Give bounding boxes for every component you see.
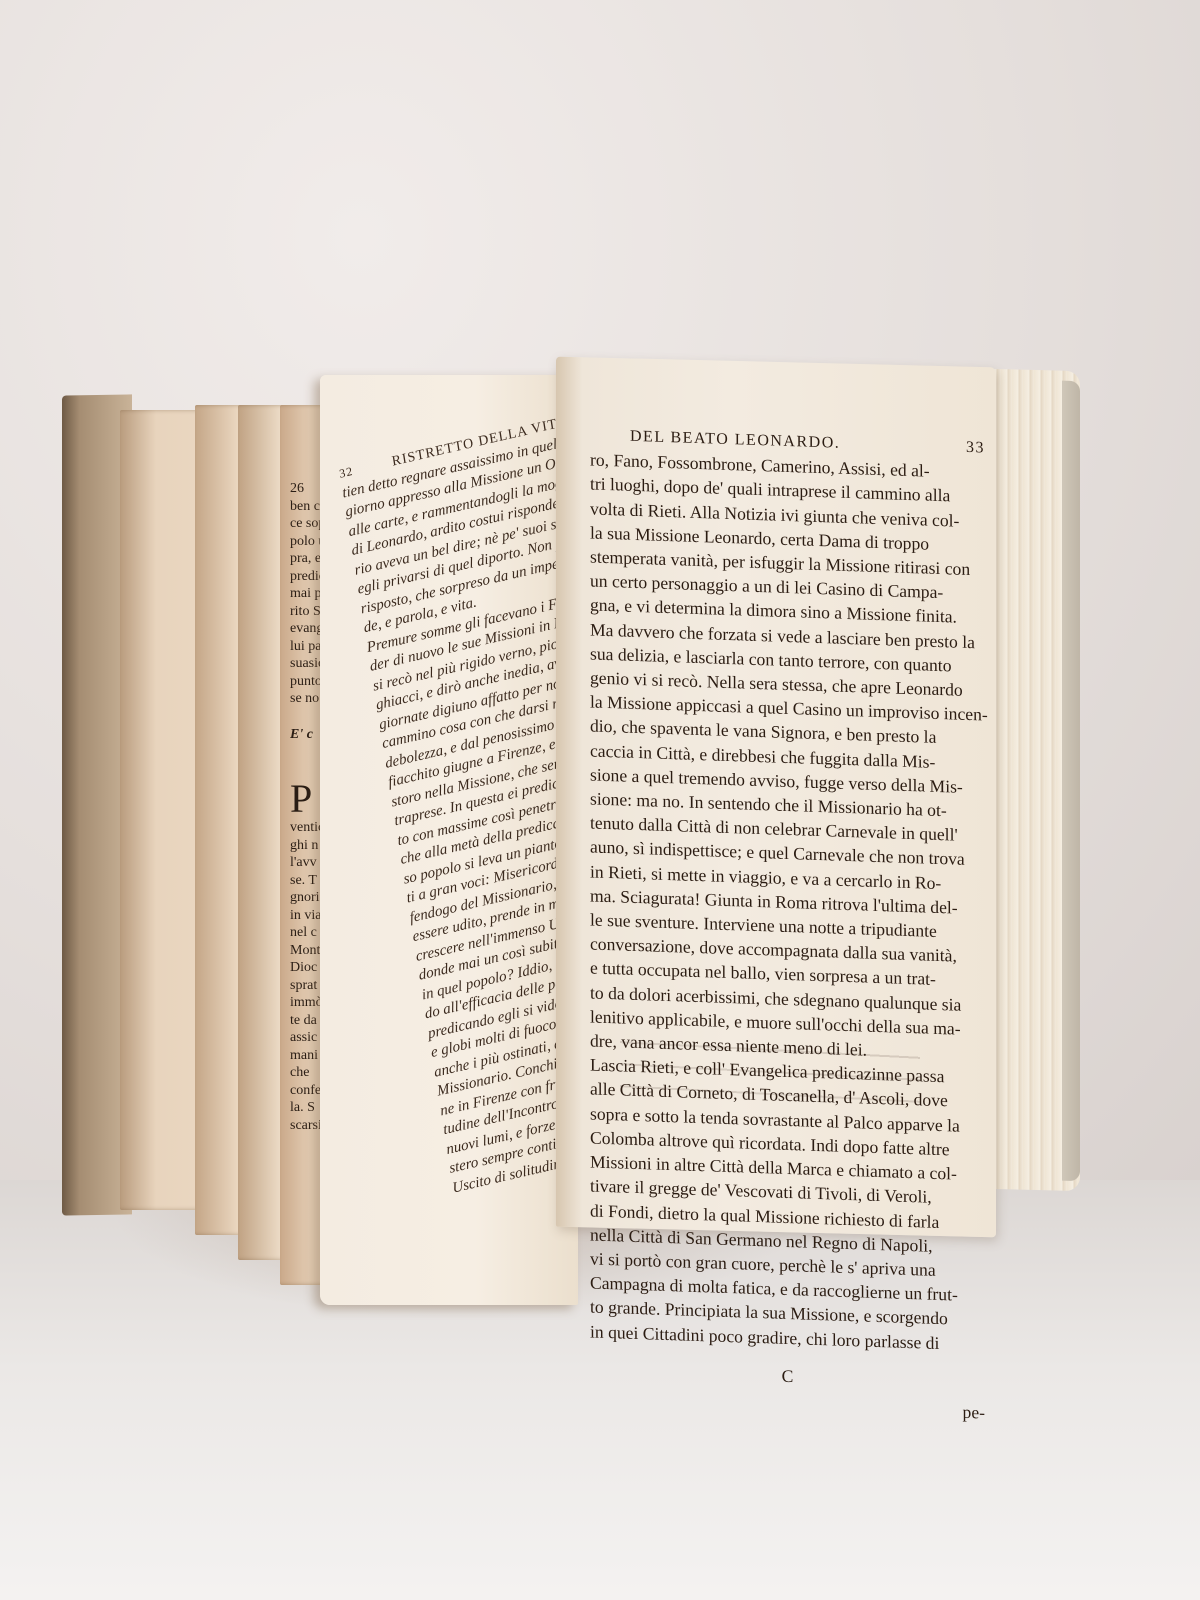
page-number: 32: [338, 464, 354, 481]
page-number: 33: [966, 436, 985, 461]
page-block-edges: [990, 369, 1080, 1191]
right-page-text: DEL BEATO LEONARDO. 33 ro, Fano, Fossomb…: [590, 423, 985, 1424]
